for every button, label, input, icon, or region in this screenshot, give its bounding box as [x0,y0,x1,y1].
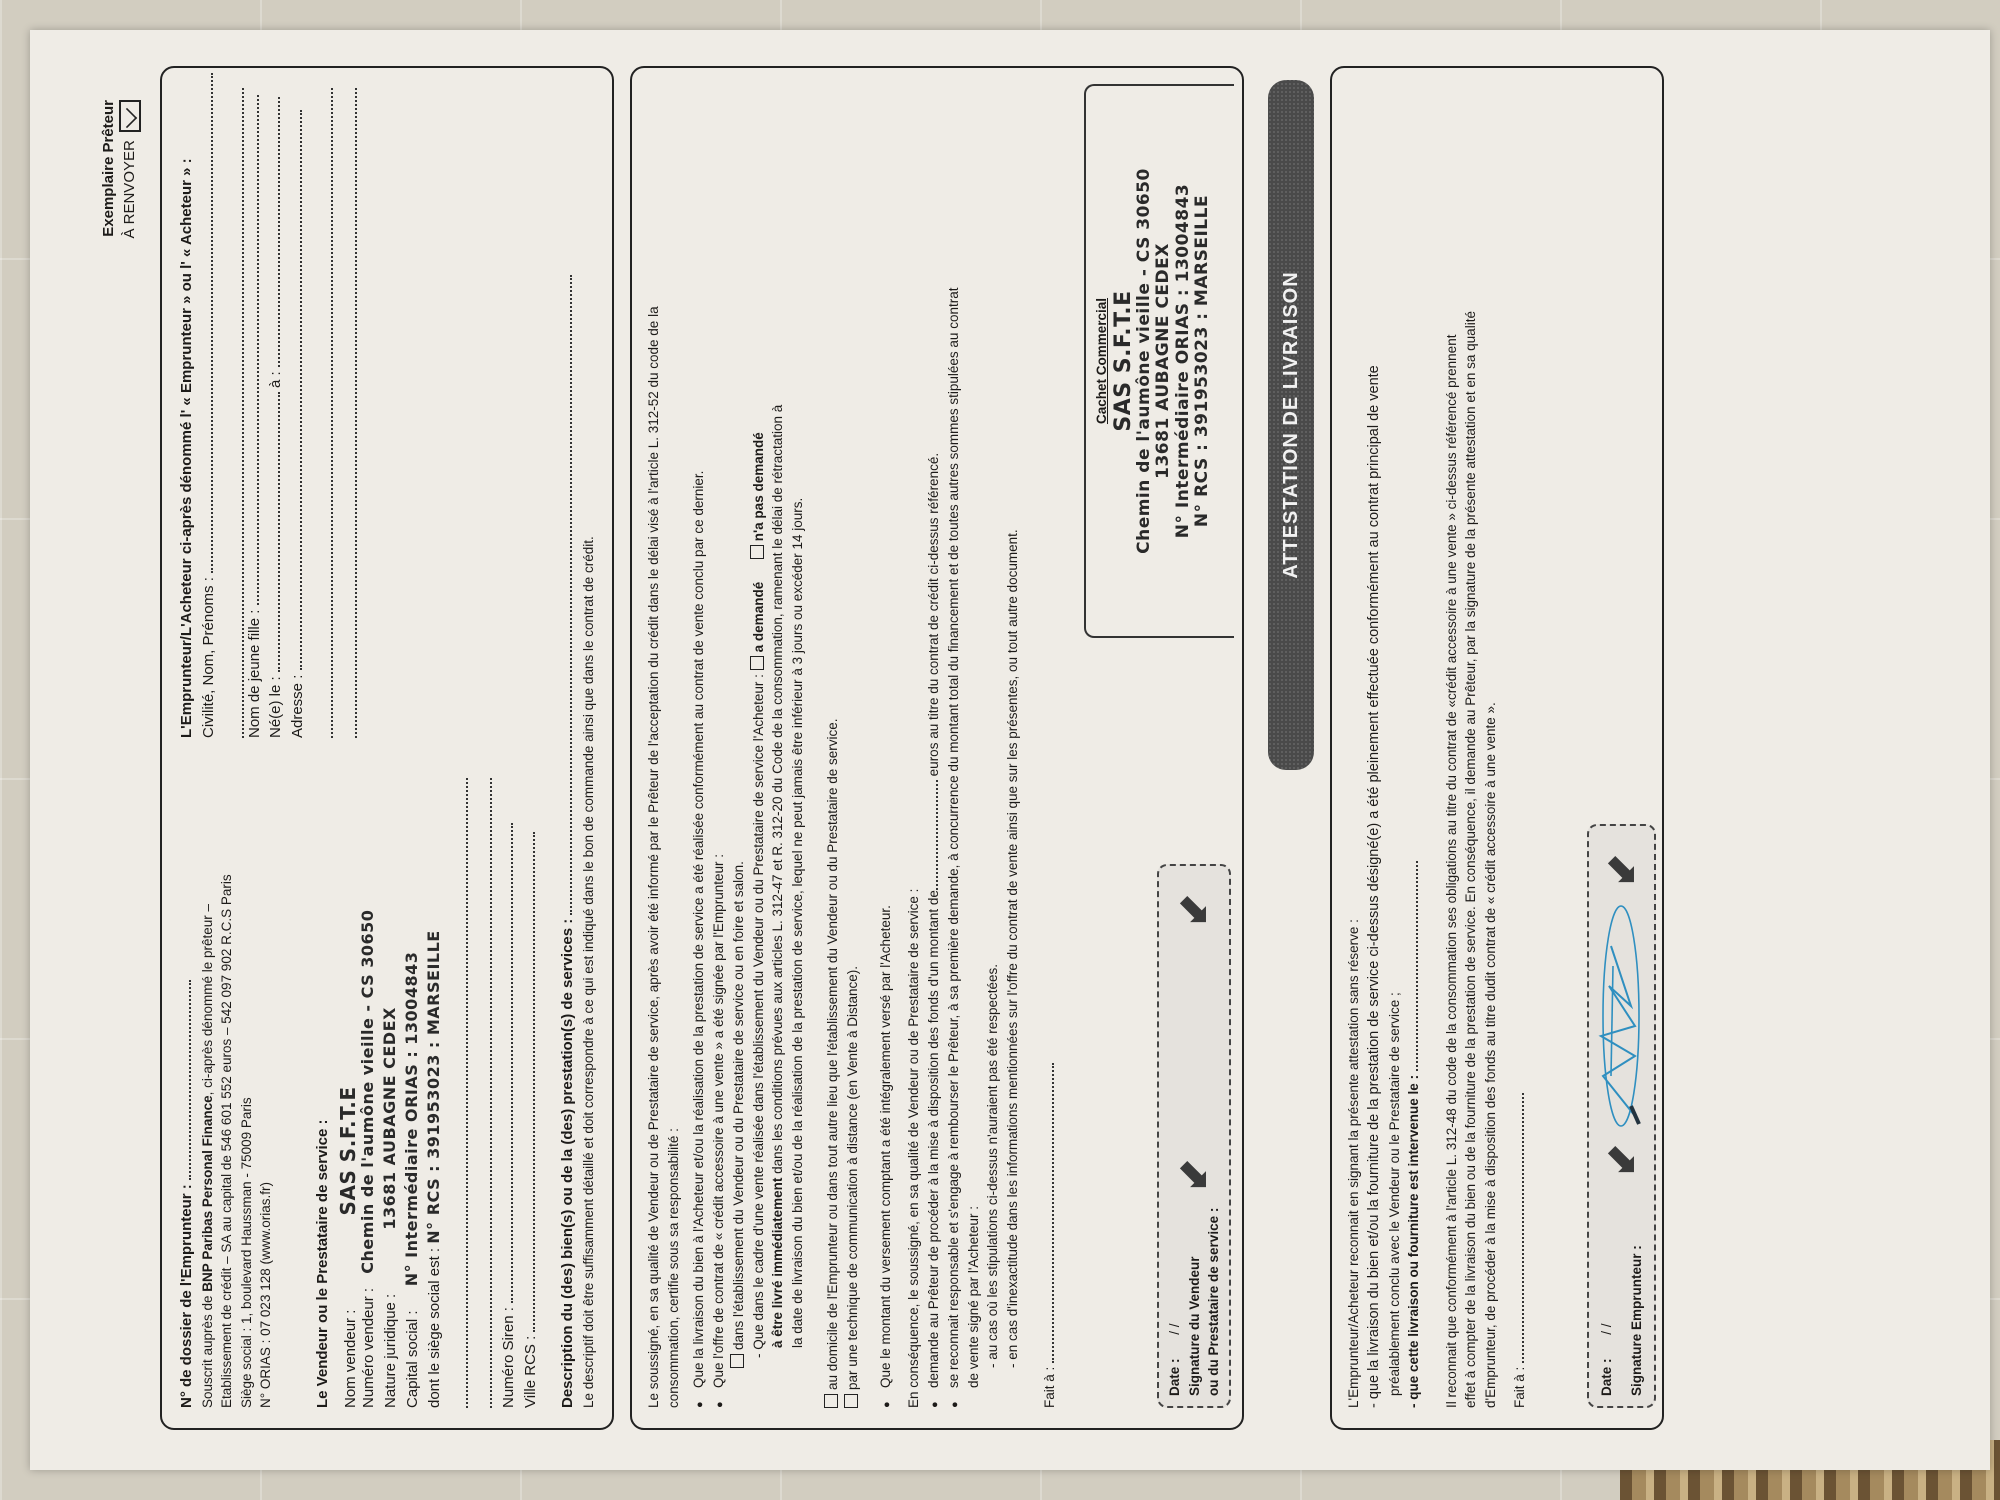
borrower-signature-box[interactable]: Date : / / Signature Emprunteur : ⬋ ⬋ [1587,824,1656,1408]
legal-form-value: 13681 AUBAGNE CEDEX [380,1007,399,1229]
lender-line1-suffix: , ci-après dénommé le prêteur – [200,904,215,1095]
head-office-value: N° RCS : 391953023 : MARSEILLE [424,930,443,1243]
checkbox-requested[interactable] [750,656,764,670]
bullet-4-b: euros au titre du contrat de crédit ci-d… [926,453,941,776]
certification-intro-1: Le soussigné, en sa qualité de Vendeur o… [644,88,664,1408]
attestation-para-3: d'Emprunteur, de procéder à la mise à di… [1481,88,1501,1408]
civility-label: Civilité, Nom, Prénoms : [200,577,217,738]
birth-date-label: Né(e) le : [267,676,284,738]
birth-place-field[interactable] [278,97,280,367]
vendor-date-value[interactable]: / / [1167,1323,1182,1334]
description-subtitle: Le descriptif doit être suffisamment dét… [579,88,599,1408]
birth-place-label: à : [267,371,284,388]
sub-1-b-bold: à être livré immédiatement [770,1178,785,1348]
checkbox-distance[interactable] [844,1394,858,1408]
bullet-3-text: Que le montant du versement comptant a é… [878,905,893,1388]
bullet-2-text: Que l'offre de contrat de « crédit acces… [711,854,726,1388]
certification-intro-2: consommation, certifie sous sa responsab… [664,88,684,1408]
maiden-name-label: Nom de jeune fille : [246,610,263,738]
civility-field-cont[interactable] [220,88,244,738]
lender-line1-prefix: Souscrit auprès de [200,1292,215,1408]
checkbox-home[interactable] [824,1394,838,1408]
amount-field[interactable] [936,780,938,890]
certification-bullet-4: demande au Prêteur de procéder à la mise… [924,88,944,1408]
description-field[interactable] [570,275,572,915]
lender-section: N° de dossier de l'Emprunteur : Souscrit… [176,758,276,1408]
borrower-made-at-label: Fait à : [1512,1367,1527,1408]
borrower-date-value[interactable]: / / [1599,1323,1614,1334]
address-label: Adresse : [289,675,306,738]
attestation-banner: ATTESTATION DE LIVRAISON [1268,80,1314,770]
maiden-name-field[interactable] [257,95,259,605]
attestation-para-2: effet à compter de la livraison du bien … [1461,88,1481,1408]
lender-line3: Siège social : 1, boulevard Haussman - 7… [237,758,257,1408]
option-distance-label: par une technique de communication à dis… [845,966,860,1390]
address-field-cont[interactable] [333,88,357,738]
corner-arrow-icon: ⬋ [1589,1141,1650,1176]
bullet-4-a: demande au Prêteur de procéder à la mise… [926,890,941,1388]
attestation-title: ATTESTATION DE LIVRAISON [1280,271,1302,578]
sub-1-b: dans les conditions prévues aux articles… [770,405,785,1178]
capital-value: N° Intermédiaire ORIAS : 13004843 [402,952,421,1287]
sub-1-a: - Que dans le cadre d'une vente réalisée… [751,674,766,1358]
rcs-city-label: Ville RCS : [522,1336,539,1408]
vendor-extra-line[interactable] [444,778,468,1408]
capital-label: Capital social : [404,1310,421,1408]
corner-arrow-icon: ⬋ [1161,891,1222,926]
copy-label: Exemplaire Prêteur [100,100,119,239]
lender-line4: N° ORIAS : 07 023 128 (www.orias.fr) [256,758,276,1408]
delivery-date-label: - que cette livraison ou fourniture est … [1406,1075,1421,1408]
certification-bullet-5: se reconnait responsable et s'engage à r… [944,88,964,1408]
bullet-5-text: se reconnait responsable et s'engage à r… [946,288,961,1388]
address-field-cont[interactable] [309,88,333,738]
siren-label: Numéro Siren : [500,1307,517,1408]
borrower-date-label: Date : [1599,1358,1614,1396]
stamp-rcs: N° RCS : 391953023 : MARSEILLE [1193,86,1213,636]
stamp-orias: N° Intermédiaire ORIAS : 13004843 [1174,86,1194,636]
dash-2: - en cas d'inexactitude dans les informa… [1003,88,1023,1408]
attestation-para-1: Il reconnait que conformément à l'articl… [1442,88,1462,1408]
vendor-date-label: Date : [1167,1358,1182,1396]
corner-arrow-icon: ⬋ [1161,1156,1222,1191]
certification-bullet-1: Que la livraison du bien à l'Acheteur et… [689,88,709,1408]
certification-box: Le soussigné, en sa qualité de Vendeur o… [630,66,1244,1430]
vendor-signature-label-2: ou du Prestataire de service : [1204,1208,1224,1396]
vendor-signature-label-1: Signature du Vendeur [1185,1208,1205,1396]
corner-arrow-icon: ⬋ [1589,851,1650,886]
parties-box: N° de dossier de l'Emprunteur : Souscrit… [160,66,614,1430]
attestation-dash-1: - que la livraison du bien et/ou la four… [1364,88,1385,1408]
sub-1-c: la date de livraison du bien et/ou de la… [788,88,808,1408]
description-title: Description du (des) bien(s) ou de la (d… [559,919,576,1408]
civility-field[interactable] [211,73,213,573]
borrower-signature-label: Signature Emprunteur : [1627,1245,1647,1396]
description-section: Description du (des) bien(s) ou de la (d… [557,88,598,1408]
commercial-stamp: Cachet Commercial SAS S.F.T.E Chemin de … [1084,84,1234,638]
document-page: Exemplaire Prêteur À RENVOYER N° de doss… [30,30,1990,1470]
option-establishment-label: dans l'établissement du Vendeur ou du Pr… [731,861,746,1350]
delivery-date-field[interactable] [1416,861,1418,1071]
siren-field[interactable] [511,823,513,1303]
address-field[interactable] [300,110,302,670]
vendor-made-at-field[interactable] [1052,1063,1054,1363]
vendor-section: Le Vendeur ou le Prestataire de service … [312,778,541,1408]
vendor-made-at-label: Fait à : [1042,1367,1057,1408]
option-requested-label: a demandé [751,582,766,653]
dossier-label: N° de dossier de l'Emprunteur : [178,1184,195,1408]
copy-header: Exemplaire Prêteur À RENVOYER [100,100,141,239]
borrower-title: L'Emprunteur/L'Acheteur ci-après dénommé… [176,88,198,738]
vendor-title: Le Vendeur ou le Prestataire de service … [312,778,334,1408]
legal-form-label: Nature juridique : [382,1294,399,1408]
bullet-1-text: Que la livraison du bien à l'Acheteur et… [691,471,706,1388]
checkbox-not-requested[interactable] [750,545,764,559]
handwritten-signature [1591,896,1651,1136]
stamp-company: SAS S.F.T.E [1112,86,1135,636]
checkbox-establishment[interactable] [730,1354,744,1368]
stamp-city: 13681 AUBAGNE CEDEX [1154,86,1174,636]
vendor-number-value: Chemin de l'aumône vieille - CS 30650 [358,910,377,1274]
attestation-intro: L'Emprunteur/Acheteur reconnait en signa… [1344,88,1364,1408]
borrower-made-at-field[interactable] [1522,1093,1524,1363]
dossier-field[interactable] [189,980,191,1180]
bullet-5-b: de vente signé par l'Acheteur : [964,88,984,1408]
dash-1: - au cas où les stipulations ci-dessus n… [983,88,1003,1408]
vendor-extra-line[interactable] [468,778,492,1408]
certification-bullet-2: Que l'offre de contrat de « crédit acces… [709,88,729,1408]
lender-line2: Etablissement de crédit – SA au capital … [217,758,237,1408]
attestation-dash-1-b: préalablement conclu avec le Vendeur ou … [1385,88,1405,1408]
option-not-requested-label: n'a pas demandé [751,432,766,541]
vendor-number-label: Numéro vendeur : [360,1288,377,1408]
return-label: À RENVOYER [121,140,138,238]
borrower-section: L'Emprunteur/L'Acheteur ci-après dénommé… [176,88,357,738]
stamp-address: Chemin de l'aumône vieille - CS 30650 [1135,86,1155,636]
head-office-label: dont le siège social est : [426,1248,443,1408]
attestation-box: L'Emprunteur/Acheteur reconnait en signa… [1330,66,1664,1430]
certification-bullet-3: Que le montant du versement comptant a é… [876,88,896,1408]
lender-name: BNP Paribas Personal Finance [200,1095,215,1291]
vendor-signature-box[interactable]: Date : / / Signature du Vendeur ou du Pr… [1157,864,1231,1408]
consequence-text: En conséquence, le soussigné, en sa qual… [904,88,924,1408]
stamp-heading: Cachet Commercial [1092,86,1112,636]
rcs-city-field[interactable] [533,832,535,1332]
option-home-label: au domicile de l'Emprunteur ou dans tout… [825,718,840,1390]
envelope-icon [119,100,141,132]
birth-date-field[interactable] [278,392,280,672]
